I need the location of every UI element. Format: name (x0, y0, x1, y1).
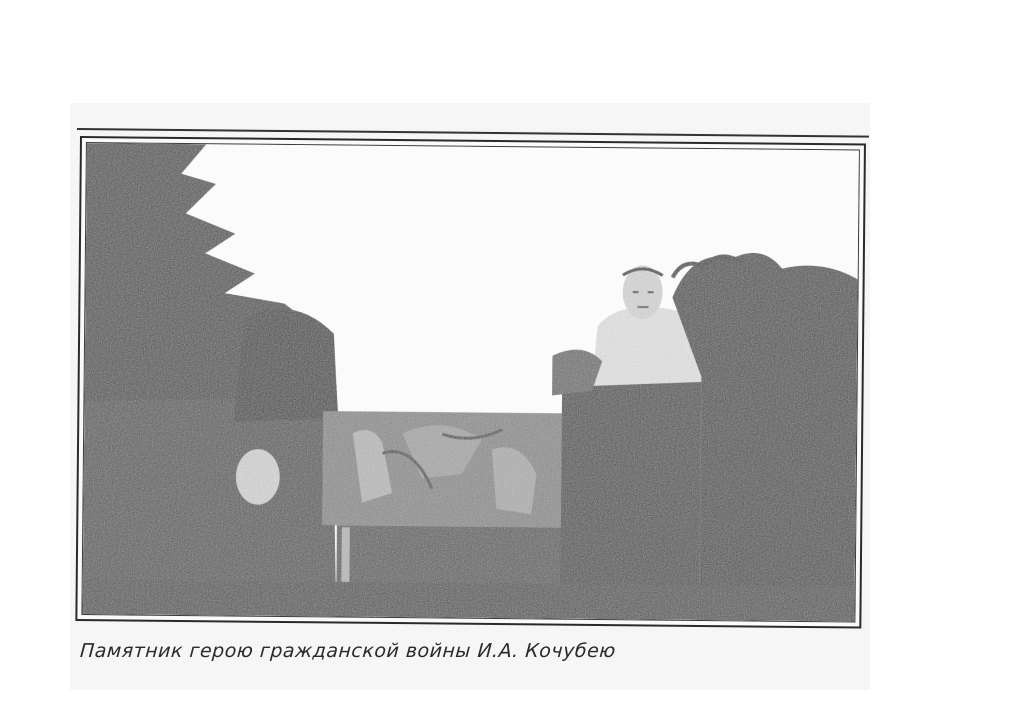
monument-photo (81, 142, 860, 622)
handwritten-caption: Памятник герою гражданской войны И.А. Ко… (79, 640, 616, 662)
monument-photo-image (82, 143, 858, 621)
photo-frame (75, 136, 866, 629)
